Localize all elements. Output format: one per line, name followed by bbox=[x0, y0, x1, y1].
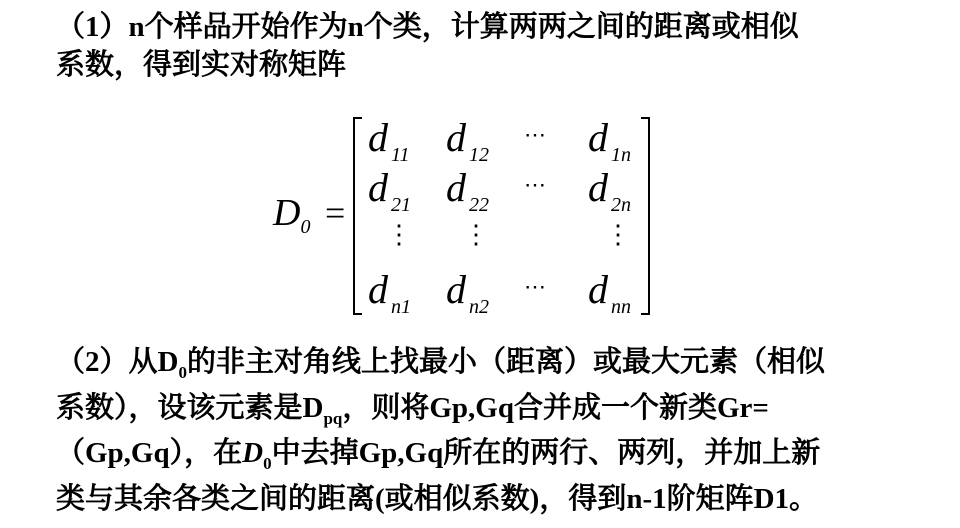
step-2-paragraph: （2）从D0的非主对角线上找最小（距离）或最大元素（相似 系数），设该元素是Dp… bbox=[56, 345, 916, 517]
right-bracket bbox=[641, 117, 650, 315]
step-1-line-2: 系数，得到实对称矩阵 bbox=[56, 46, 916, 84]
step-2-line-3: （Gp,Gq），在D0中去掉Gp,Gq所在的两行、两列，并加上新 bbox=[56, 436, 916, 482]
step-1-line-1: （1）n个样品开始作为n个类，计算两两之间的距离或相似 bbox=[56, 8, 916, 46]
matrix-cell: dn1 bbox=[368, 270, 411, 327]
equals-sign: = bbox=[325, 192, 345, 234]
matrix-symbol: D bbox=[273, 192, 300, 234]
step-2-line-4: 类与其余各类之间的距离(或相似系数)，得到n-1阶矩阵D1。 bbox=[56, 482, 916, 518]
horizontal-ellipsis: ⋯ bbox=[524, 122, 548, 148]
matrix-cell: d21 bbox=[368, 168, 411, 225]
matrix-cell: d2n bbox=[588, 168, 631, 225]
step-2-line-1: （2）从D0的非主对角线上找最小（距离）或最大元素（相似 bbox=[56, 345, 916, 391]
matrix-lhs: D0 bbox=[273, 191, 310, 239]
matrix-subscript: 0 bbox=[300, 216, 310, 238]
horizontal-ellipsis: ⋯ bbox=[524, 172, 548, 198]
horizontal-ellipsis: ⋯ bbox=[524, 274, 548, 300]
matrix-cell: dnn bbox=[588, 270, 631, 327]
left-bracket bbox=[353, 117, 362, 315]
vertical-ellipsis: ⋮ bbox=[386, 222, 412, 248]
vertical-ellipsis: ⋮ bbox=[605, 222, 631, 248]
step-1-paragraph: （1）n个样品开始作为n个类，计算两两之间的距离或相似 系数，得到实对称矩阵 bbox=[56, 8, 916, 84]
matrix-cell: dn2 bbox=[446, 270, 489, 327]
vertical-ellipsis: ⋮ bbox=[463, 222, 489, 248]
matrix-cell: d22 bbox=[446, 168, 489, 225]
step-2-line-2: 系数），设该元素是Dpq，则将Gp,Gq合并成一个新类Gr= bbox=[56, 391, 916, 437]
